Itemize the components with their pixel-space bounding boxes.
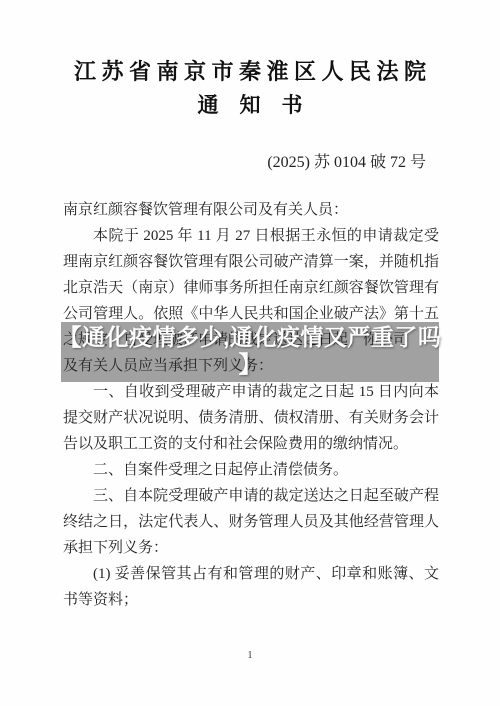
- watermark-line1: 【通化疫情多少,通化疫情又严重了吗: [56, 323, 444, 351]
- case-number: (2025) 苏 0104 破 72 号: [0, 149, 500, 172]
- watermark-text: 【通化疫情多少,通化疫情又严重了吗 】: [56, 323, 444, 377]
- document-title: 通 知 书: [0, 92, 500, 118]
- body-line: 一、自收到受理破产申请的裁定之日起 15 日内向本院: [63, 379, 439, 405]
- body-line: 南京红颜容餐饮管理有限公司及有关人员：: [63, 197, 439, 223]
- body-line: 终结之日，法定代表人、财务管理人员及其他经营管理人员: [63, 509, 439, 535]
- court-title: 江 苏 省 南 京 市 秦 淮 区 人 民 法 院: [0, 58, 500, 86]
- body-line: 三、自本院受理破产申请的裁定送达之日起至破产程序: [63, 483, 439, 509]
- watermark-line2: 】: [56, 351, 444, 377]
- body-line: 书等资料；: [63, 587, 439, 613]
- body-line: 提交财产状况说明、债务清册、债权清册、有关财务会计报: [63, 405, 439, 431]
- body-line: 承担下列义务：: [63, 535, 439, 561]
- page-number: 1: [0, 650, 500, 661]
- document-body: 南京红颜容餐饮管理有限公司及有关人员： 本院于 2025 年 11 月 27 日…: [63, 197, 439, 613]
- body-line: 理南京红颜容餐饮管理有限公司破产清算一案，并随机指定: [63, 249, 439, 275]
- court-notice-document: 江 苏 省 南 京 市 秦 淮 区 人 民 法 院 通 知 书 (2025) 苏…: [0, 0, 500, 706]
- body-line: 二、自案件受理之日起停止清偿债务。: [63, 457, 439, 483]
- body-line: (1) 妥善保管其占有和管理的财产、印章和账簿、文: [63, 561, 439, 587]
- body-line: 告以及职工工资的支付和社会保险费用的缴纳情况。: [63, 431, 439, 457]
- body-line: 北京浩天（南京）律师事务所担任南京红颜容餐饮管理有限: [63, 275, 439, 301]
- body-line: 本院于 2025 年 11 月 27 日根据王永恒的申请裁定受: [63, 223, 439, 249]
